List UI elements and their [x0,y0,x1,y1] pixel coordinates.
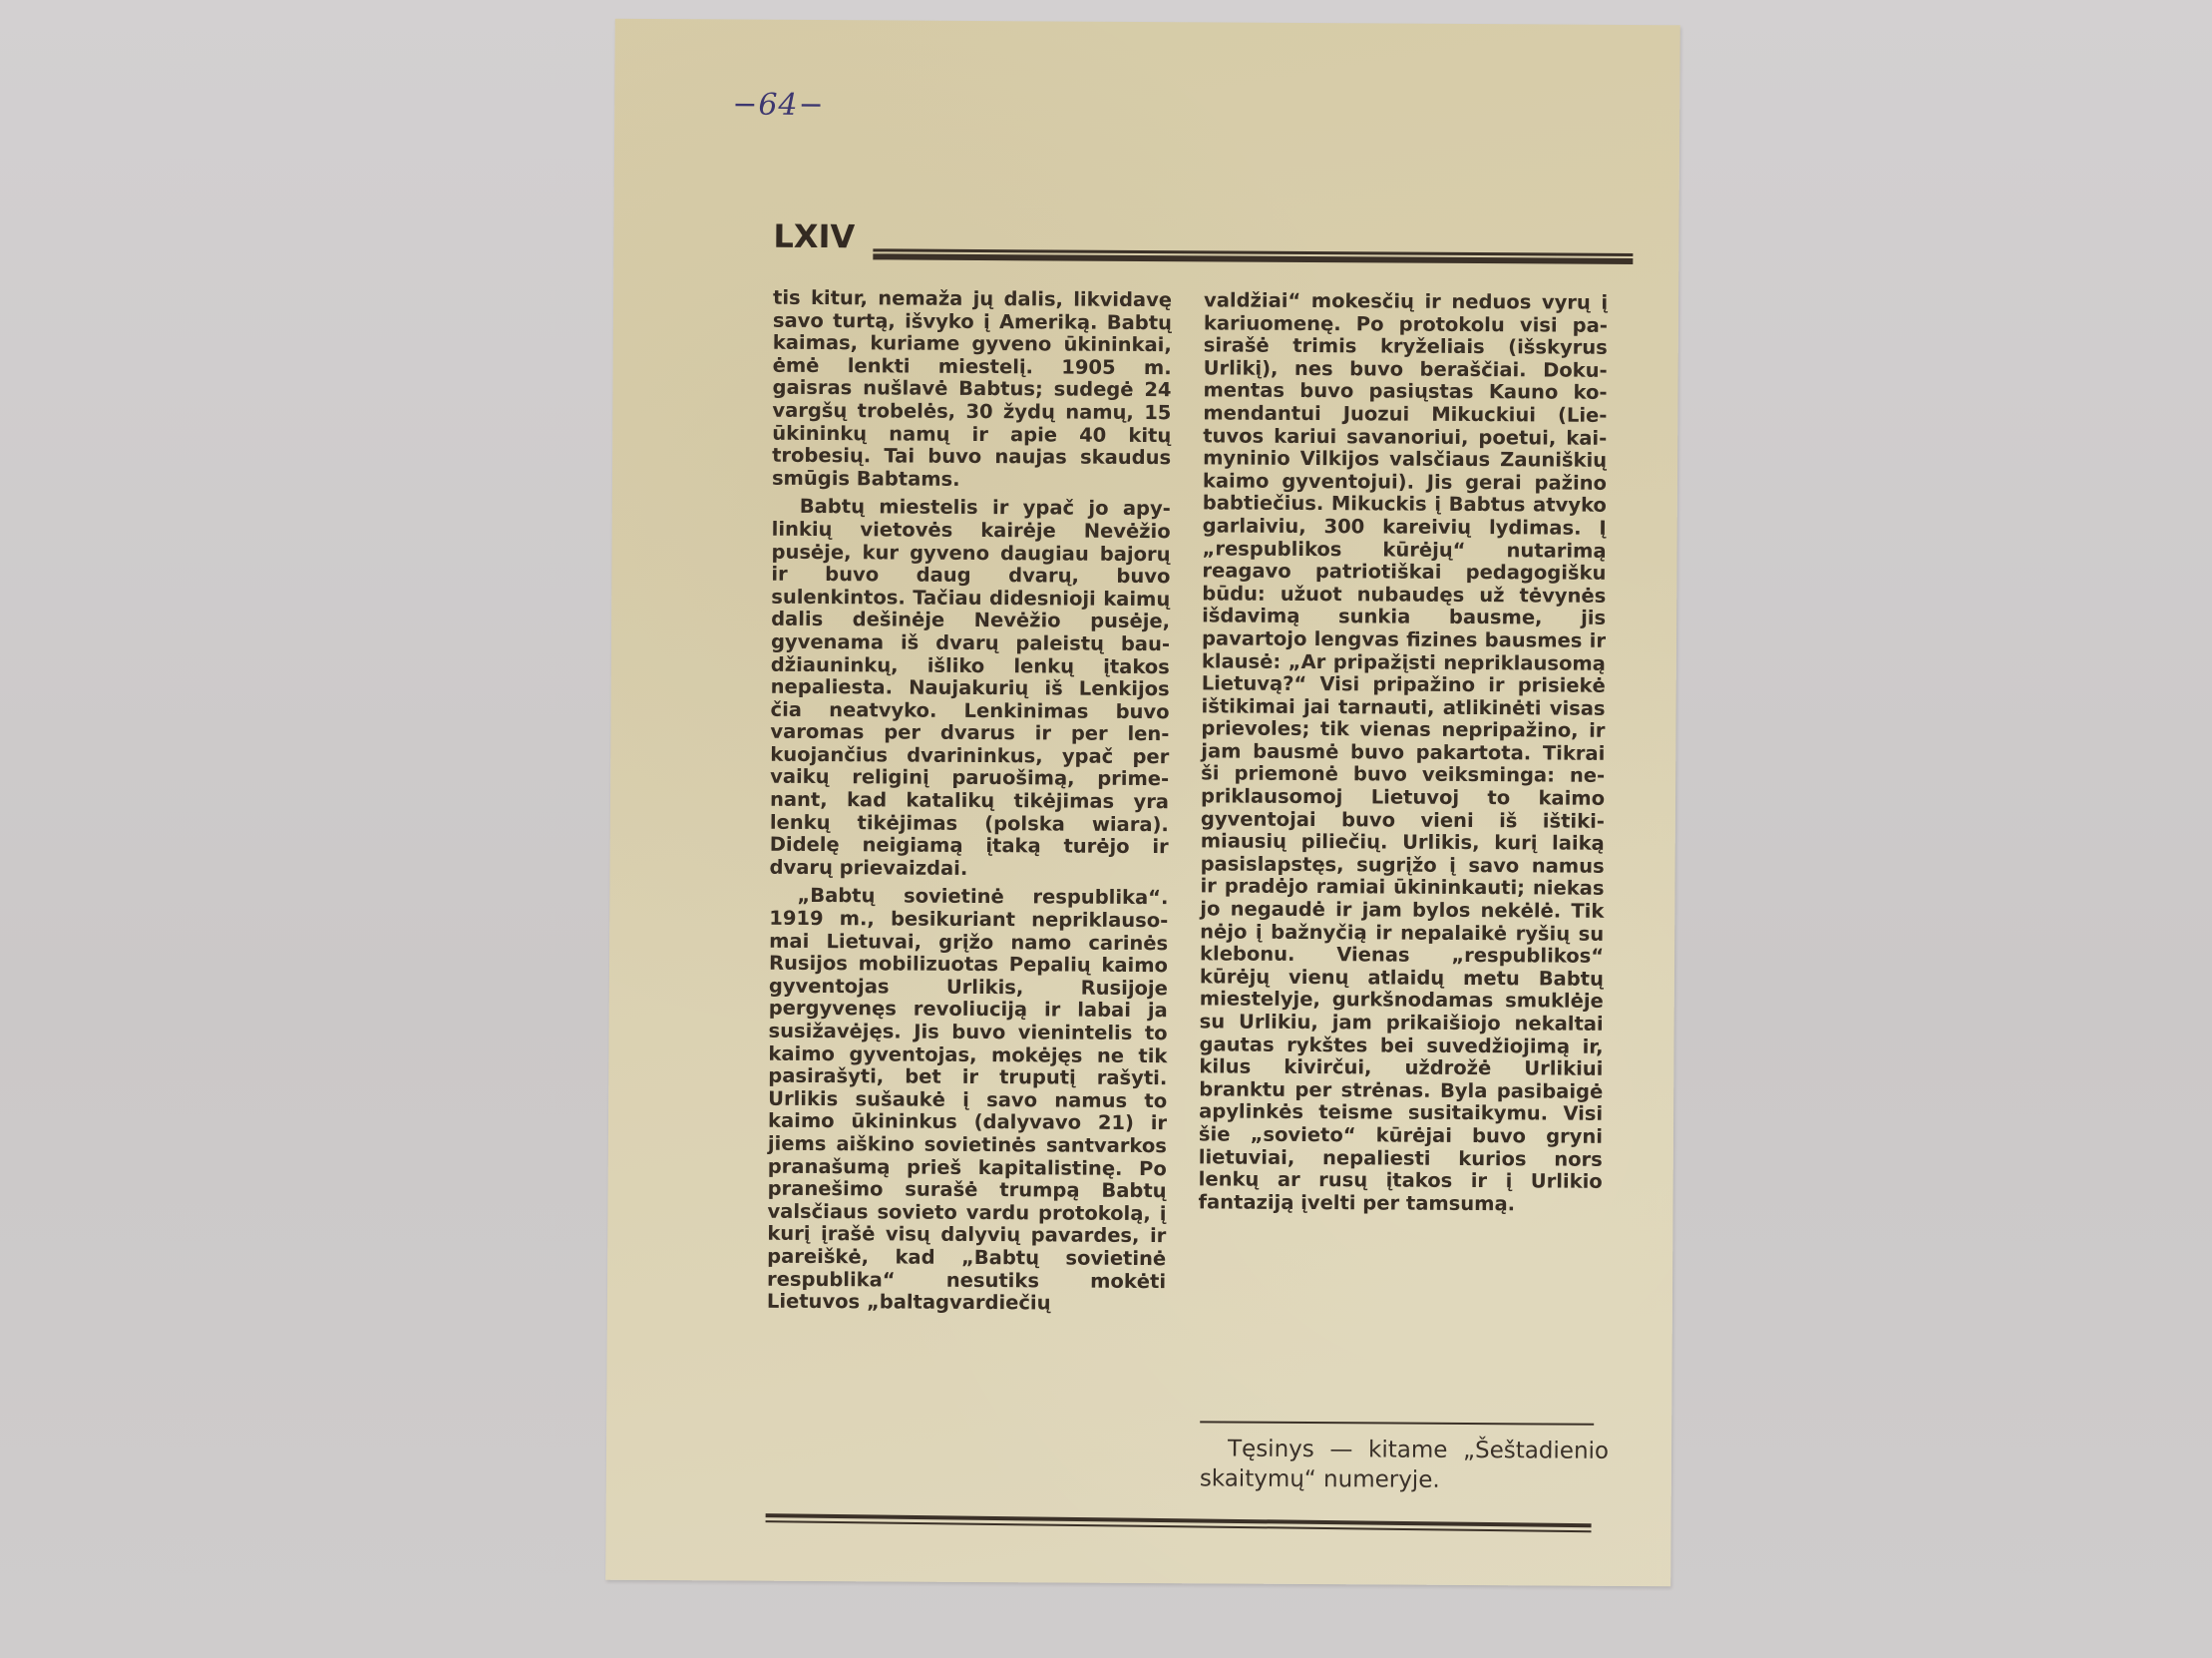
right-text-column: valdžiai“ mokesčių ir neduos vyrų į kari… [1198,289,1608,1216]
chapter-number: LXIV [773,217,855,255]
paragraph: „Babtų sovietinė respublika“. 1919 m., b… [767,885,1169,1316]
handwritten-page-number: −64− [732,87,825,123]
paragraph: Babtų miestelis ir ypač jo apy­linkių vi… [770,496,1171,882]
continuation-divider [1200,1421,1594,1425]
left-text-column: tis kitur, nemaža jų dalis, likvida­vę s… [767,287,1172,1316]
continuation-note: Tęsinys — kitame „Šeštadie­nio skaitymų“… [1200,1434,1609,1496]
newspaper-clipping: −64− LXIV tis kitur, nemaža jų dalis, li… [605,19,1680,1586]
header-double-rule [873,248,1633,256]
paragraph: tis kitur, nemaža jų dalis, likvida­vę s… [772,287,1172,493]
chapter-header: LXIV [773,217,1631,272]
footer-double-rule [766,1513,1592,1527]
paragraph: valdžiai“ mokesčių ir neduos vyrų į kari… [1198,289,1608,1216]
